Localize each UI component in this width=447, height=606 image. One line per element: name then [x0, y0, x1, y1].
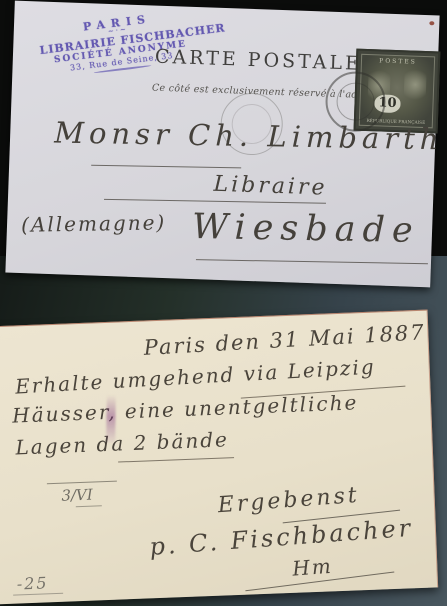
- stamp-right-figure: [404, 66, 427, 103]
- address-line-country: (Allemagne): [21, 210, 166, 237]
- address-line-city: Wiesbade: [192, 207, 420, 251]
- photo-backdrop: PARIS ~·~ LIBRAIRIE FISCHBACHER SOCIÉTÉ …: [0, 0, 447, 606]
- signature: p. C. Fischbacher: [148, 514, 414, 561]
- volumes-underline: [118, 457, 234, 462]
- closing-word: Ergebenst: [217, 483, 361, 518]
- librairie-handstamp: PARIS ~·~ LIBRAIRIE FISCHBACHER SOCIÉTÉ …: [37, 7, 202, 80]
- message-line-3: Lagen da 2 bände: [15, 427, 229, 459]
- postcard-front: PARIS ~·~ LIBRAIRIE FISCHBACHER SOCIÉTÉ …: [5, 1, 439, 288]
- stamp-top-label: POSTES: [362, 57, 434, 67]
- address-line-recipient: Monsr Ch. Limbarth: [54, 116, 444, 157]
- pencil-price-note: -25: [16, 573, 48, 593]
- departure-postmark-inner-ring: [336, 82, 375, 121]
- profession-underline: [104, 199, 326, 204]
- received-note-underline: [76, 505, 102, 507]
- recipient-underline: [91, 165, 241, 169]
- received-date-note: 3/VI: [61, 486, 93, 505]
- corner-blemish: [429, 21, 434, 25]
- carte-postale-title: CARTE POSTALE: [155, 46, 363, 75]
- postcard-back: Paris den 31 Mai 1887 Erhalte umgehend v…: [0, 310, 438, 605]
- received-note-line: [47, 481, 117, 485]
- signature-flourish: Hm: [291, 554, 333, 581]
- ink-smudge: [106, 395, 116, 443]
- message-dateline: Paris den 31 Mai 1887: [143, 320, 426, 360]
- address-line-profession: Libraire: [213, 172, 328, 201]
- city-underline: [196, 259, 428, 264]
